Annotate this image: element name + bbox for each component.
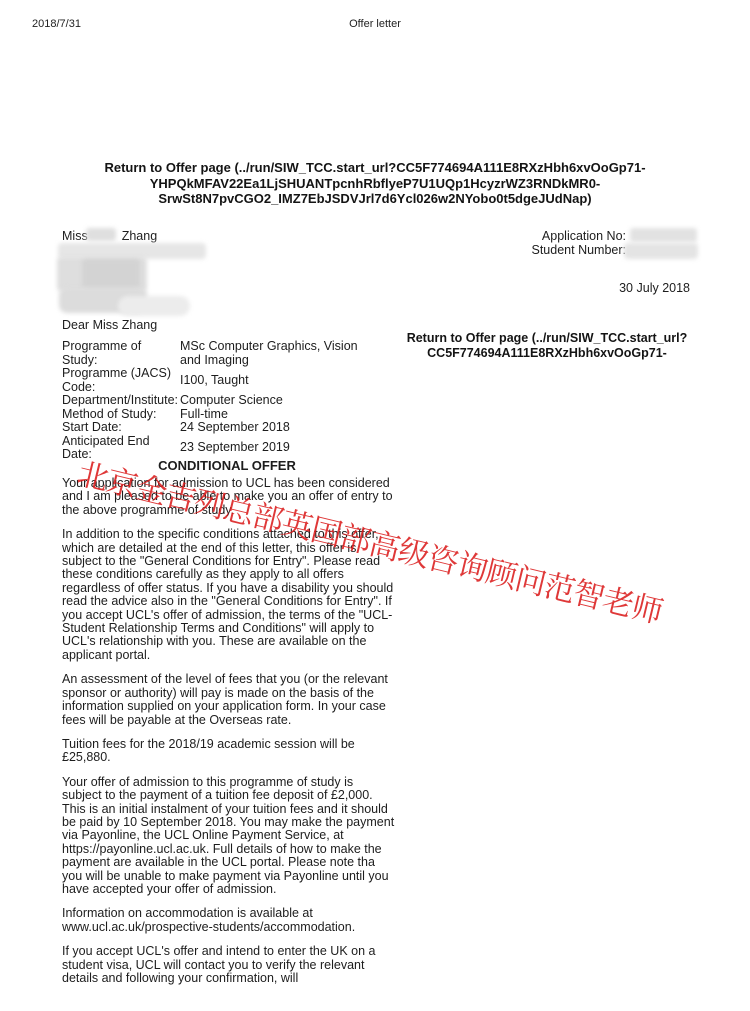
reference-numbers-block: Application No: Student Number: [460, 229, 626, 257]
addressee-salutation: Miss [62, 229, 88, 243]
redaction-blur-given-name [86, 228, 116, 241]
application-no-label: Application No: [460, 229, 626, 243]
redaction-blur-address-5 [118, 296, 190, 316]
detail-value-programme-of-study: MSc Computer Graphics, Vision and Imagin… [180, 340, 394, 367]
detail-label-programme-of-study: Programme of Study: [62, 340, 180, 367]
letter-date: 30 July 2018 [560, 281, 690, 295]
conditional-offer-heading: CONDITIONAL OFFER [62, 458, 392, 473]
paragraph-student-visa: If you accept UCL's offer and intend to … [62, 945, 396, 985]
detail-label-department-institute: Department/Institute: [62, 394, 180, 408]
side-link-line-2: CC5F774694A111E8RXzHbh6xvOoGp71- [390, 346, 704, 361]
letter-body: Your application for admission to UCL ha… [62, 477, 396, 996]
redaction-blur-student-number [624, 243, 698, 259]
detail-value-method-of-study: Full-time [180, 408, 394, 422]
detail-label-start-date: Start Date: [62, 421, 180, 435]
paragraph-general-conditions: In addition to the specific conditions a… [62, 528, 396, 662]
detail-value-department-institute: Computer Science [180, 394, 394, 408]
detail-label-method-of-study: Method of Study: [62, 408, 180, 422]
redaction-blur-address-3 [82, 259, 140, 289]
return-link-line-3: SrwSt8N7pvCGO2_IMZ7EbJSDVJrl7d6Ycl026w2N… [90, 191, 660, 207]
return-link-line-1: Return to Offer page (../run/SIW_TCC.sta… [90, 160, 660, 176]
side-link-line-1: Return to Offer page (../run/SIW_TCC.sta… [390, 331, 704, 346]
offer-letter-page: 2018/7/31 Offer letter Return to Offer p… [0, 0, 750, 1011]
paragraph-deposit-payment: Your offer of admission to this programm… [62, 776, 396, 897]
detail-value-start-date: 24 September 2018 [180, 421, 394, 435]
detail-label-programme-jacs-code: Programme (JACS) Code: [62, 367, 180, 394]
return-link-line-2: YHPQkMFAV22Ea1LjSHUANTpcnhRbflyeP7U1UQp1… [90, 176, 660, 192]
return-to-offer-page-link-side[interactable]: Return to Offer page (../run/SIW_TCC.sta… [390, 331, 704, 361]
detail-value-anticipated-end-date: 23 September 2019 [180, 441, 394, 455]
paragraph-tuition-fees: Tuition fees for the 2018/19 academic se… [62, 738, 396, 765]
paragraph-accommodation: Information on accommodation is availabl… [62, 907, 396, 934]
letter-greeting: Dear Miss Zhang [62, 318, 157, 332]
student-number-label: Student Number: [460, 243, 626, 257]
redaction-blur-application-no [630, 228, 697, 242]
return-to-offer-page-link[interactable]: Return to Offer page (../run/SIW_TCC.sta… [90, 160, 660, 207]
programme-details-table: Programme of Study: MSc Computer Graphic… [62, 340, 394, 462]
paragraph-offer-made: Your application for admission to UCL ha… [62, 477, 396, 517]
print-title: Offer letter [0, 18, 750, 30]
detail-value-programme-jacs-code: I100, Taught [180, 374, 394, 388]
paragraph-fee-assessment: An assessment of the level of fees that … [62, 673, 396, 727]
addressee-surname: Zhang [122, 229, 157, 243]
